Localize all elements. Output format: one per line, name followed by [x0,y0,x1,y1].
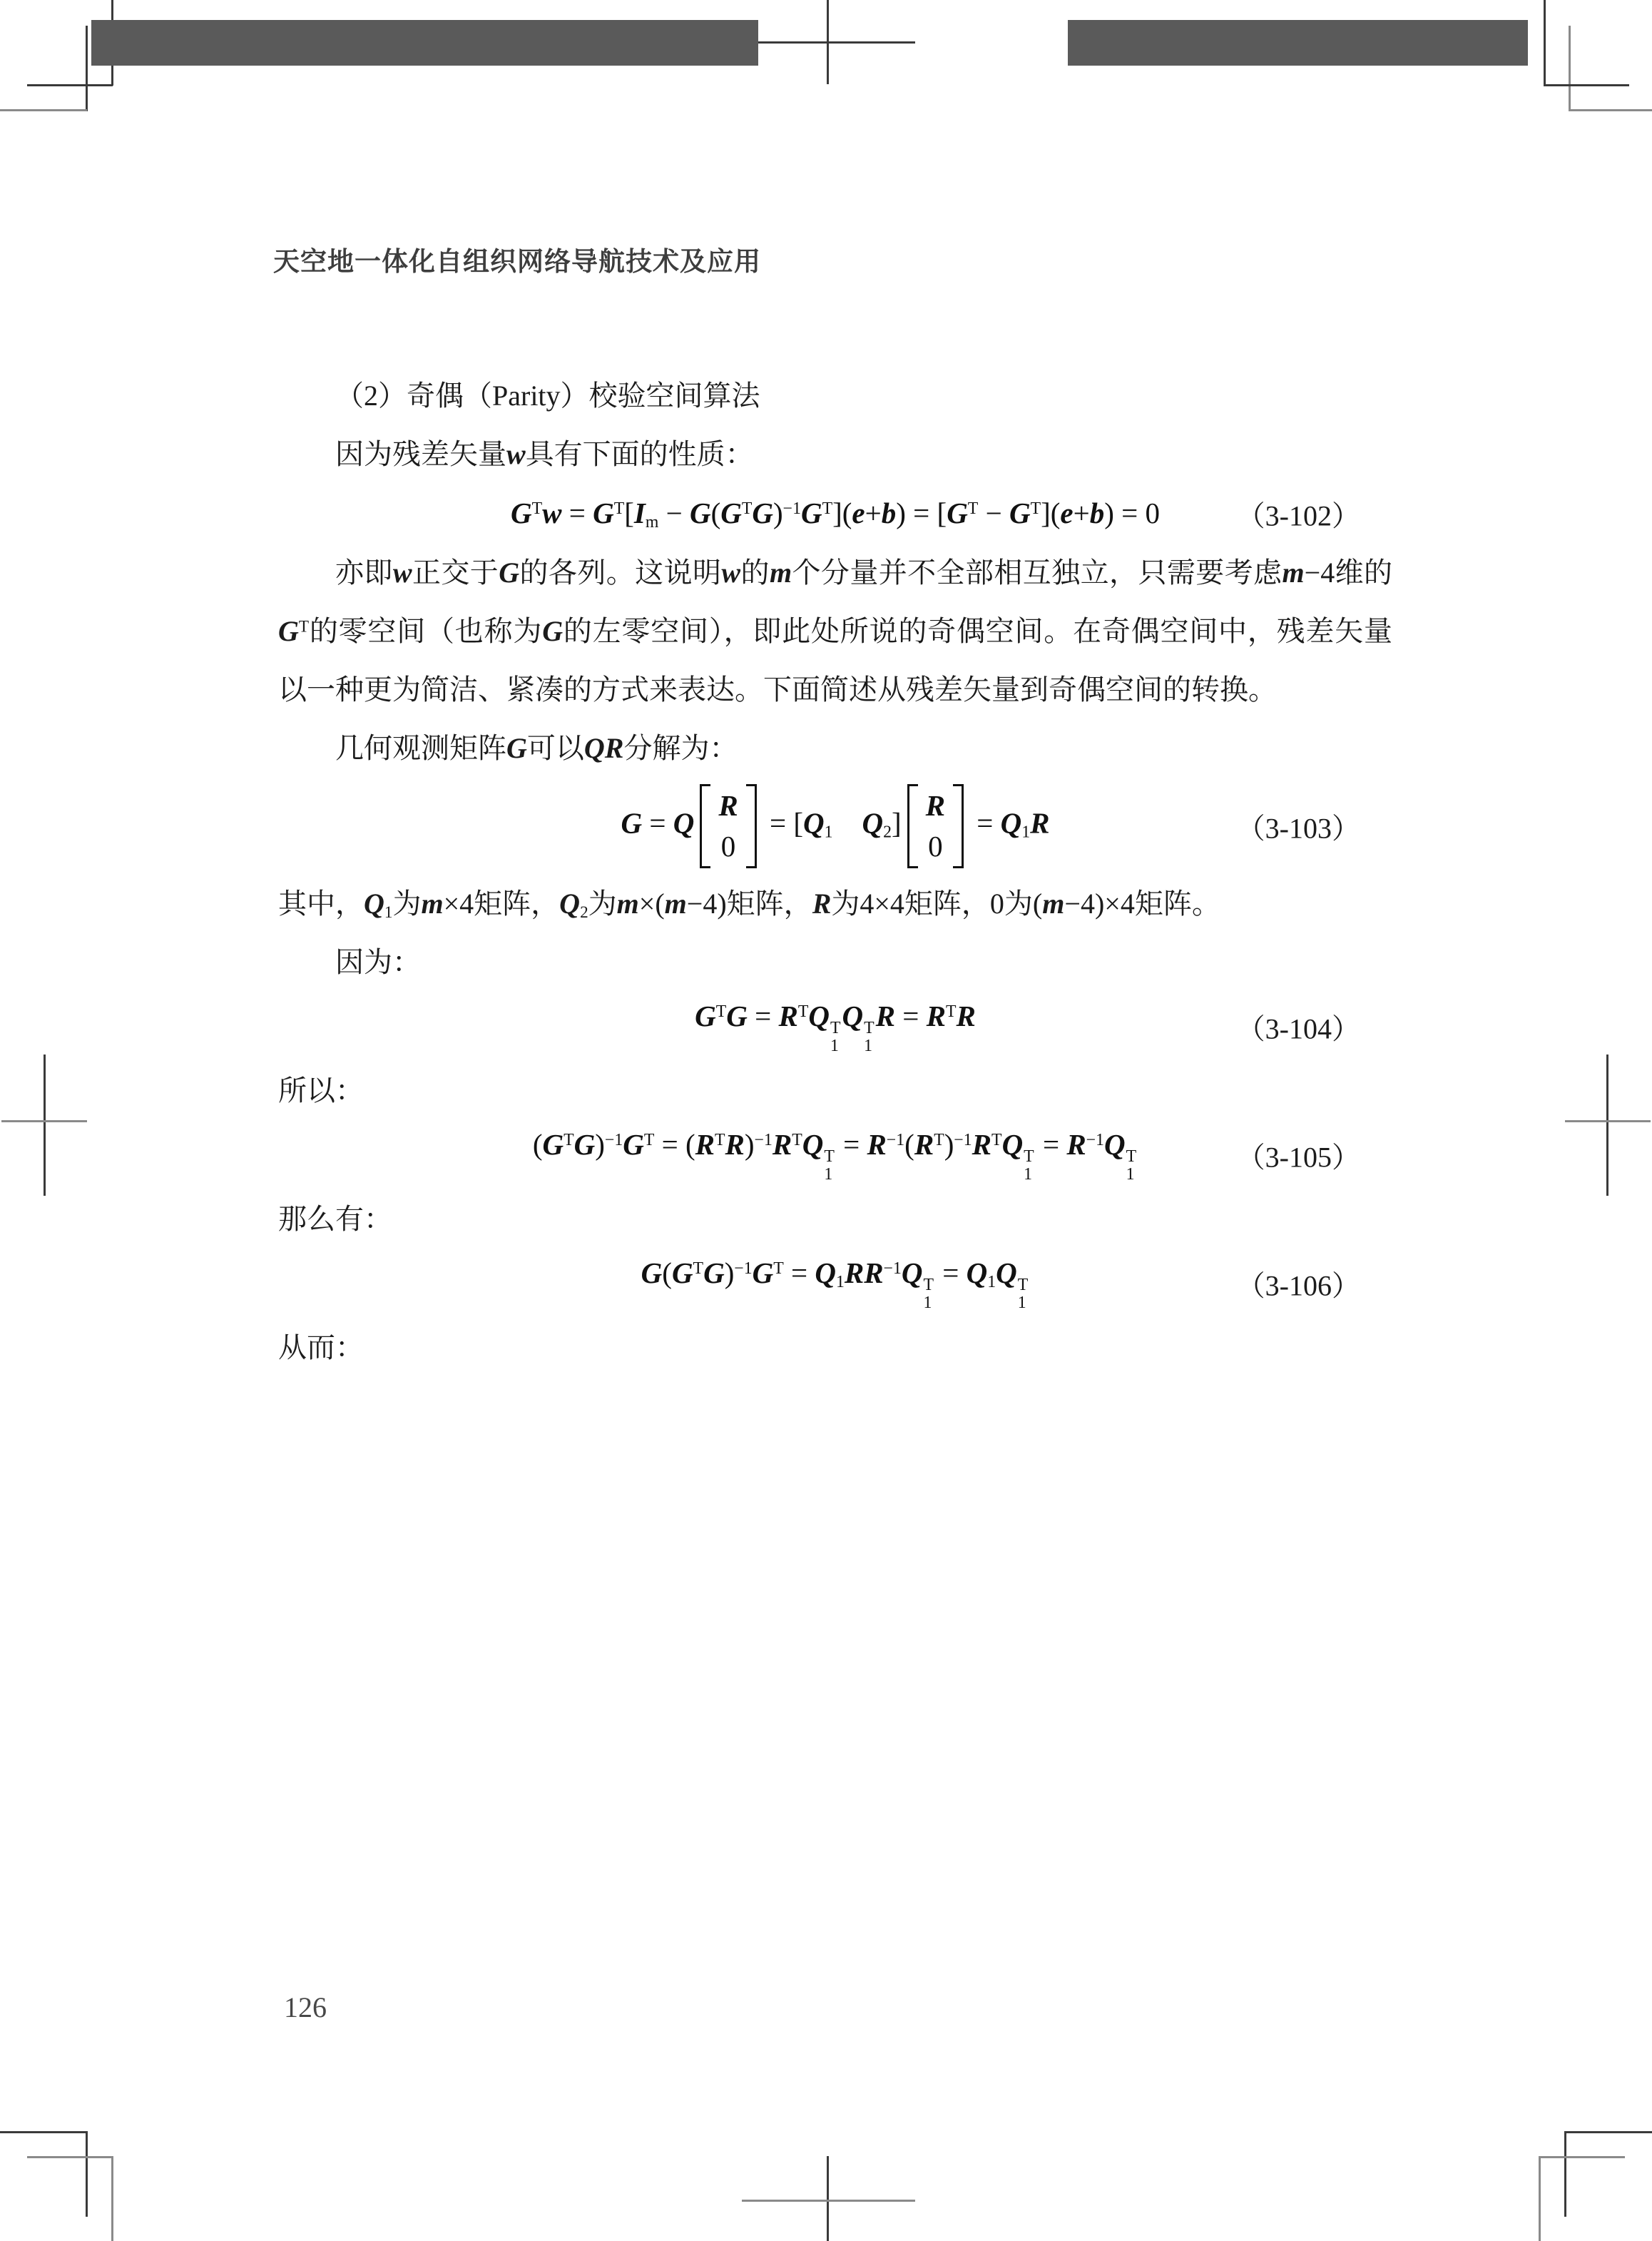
crop-mark [1,1120,87,1122]
equation-formula: GTG = RTQT1QT1R = RTR [695,998,976,1055]
crop-mark [742,41,915,44]
matrix-row: 0 [928,832,943,861]
paragraph: 那么有： [278,1190,1392,1249]
crop-mark [827,2156,829,2241]
paragraph: 因为： [278,933,1392,992]
crop-mark [1564,2131,1566,2217]
equation-row: GTG = RTQT1QT1R = RTR（3-104） [278,992,1392,1062]
crop-mark [27,2156,113,2158]
paragraph: 因为残差矢量w具有下面的性质： [278,425,1392,484]
crop-mark [1565,1120,1651,1122]
crop-mark [1606,1055,1608,1196]
crop-mark [111,2156,113,2241]
equation-number: （3-106） [1237,1263,1360,1304]
crop-mark [1569,26,1571,111]
equation-formula: G = QR0 = [Q1 Q2]R0 = Q1R [621,784,1050,868]
paragraph: 从而： [278,1318,1392,1377]
matrix: R0 [700,784,756,868]
equation-row: G(GTG)−1GT = Q1RR−1QT1 = Q1QT1（3-106） [278,1249,1392,1318]
equation-number: （3-102） [1237,494,1360,534]
matrix-row: R [718,791,738,820]
grayscale-calibration-bar [91,20,758,66]
equation-number: （3-104） [1237,1006,1360,1047]
crop-mark [0,2131,87,2133]
crop-mark [1539,2156,1625,2158]
color-calibration-bar [1068,20,1528,66]
equation-formula: G(GTG)−1GT = Q1RR−1QT1 = Q1QT1 [641,1255,1030,1312]
paragraph: 其中，Q1为m×4矩阵，Q2为m×(m−4)矩阵，R为4×4矩阵，0为(m−4)… [278,875,1392,933]
paragraph: 几何观测矩阵G可以QR分解为： [278,719,1392,778]
crop-mark [1569,109,1652,111]
content-blocks: （2）奇偶（Parity）校验空间算法因为残差矢量w具有下面的性质：GTw = … [278,367,1392,1377]
crop-mark [1539,2156,1541,2241]
crop-mark [86,26,88,111]
paragraph: 亦即w正交于G的各列。这说明w的m个分量并不全部相互独立，只需要考虑m−4维的G… [278,544,1392,719]
book-page: { "page": { "header_title": "天空地一体化自组织网络… [0,0,1652,2241]
page-number: 126 [284,1991,327,2024]
running-head: 天空地一体化自组织网络导航技术及应用 [273,240,761,278]
page-body: （2）奇偶（Parity）校验空间算法因为残差矢量w具有下面的性质：GTw = … [278,367,1392,1377]
paragraph: 所以： [278,1062,1392,1120]
equation-formula: GTw = GT[Im − G(GTG)−1GT](e+b) = [GT − G… [511,495,1160,532]
crop-mark [44,1055,46,1196]
crop-mark [27,84,113,86]
crop-mark [0,109,87,111]
crop-mark [742,2200,915,2202]
equation-number: （3-105） [1237,1134,1360,1175]
crop-mark [1544,0,1546,86]
equation-row: G = QR0 = [Q1 Q2]R0 = Q1R（3-103） [278,778,1392,875]
equation-number: （3-103） [1237,806,1360,847]
equation-row: (GTG)−1GT = (RTR)−1RTQT1 = R−1(RT)−1RTQT… [278,1120,1392,1190]
matrix-row: 0 [721,832,736,861]
matrix-row: R [926,791,945,820]
section-heading: （2）奇偶（Parity）校验空间算法 [278,367,1392,425]
matrix: R0 [907,784,964,868]
crop-mark [1544,84,1629,86]
equation-row: GTw = GT[Im − G(GTG)−1GT](e+b) = [GT − G… [278,484,1392,544]
crop-mark [1565,2131,1652,2133]
equation-formula: (GTG)−1GT = (RTR)−1RTQT1 = R−1(RT)−1RTQT… [533,1127,1138,1184]
crop-mark [86,2131,88,2217]
